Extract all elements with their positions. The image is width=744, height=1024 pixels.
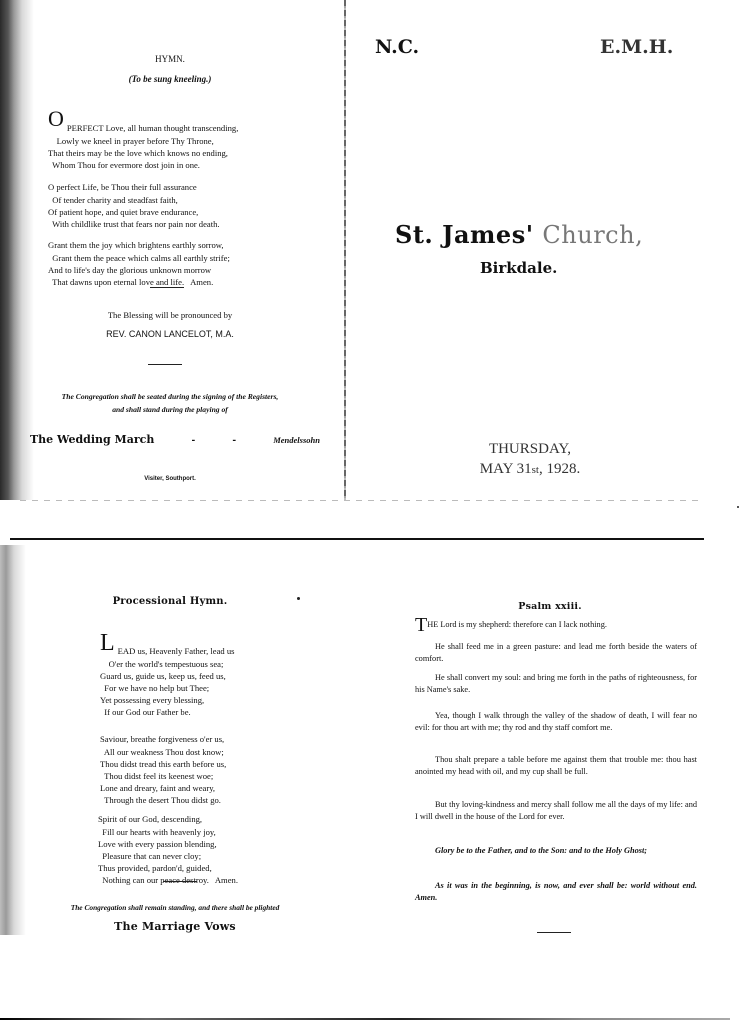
verse-line: O perfect Life, be Thou their full assur… <box>48 181 220 193</box>
composer-name: Mendelssohn <box>273 435 320 445</box>
printer-imprint: Visiter, Southport. <box>120 476 220 482</box>
separator-dash: - <box>232 436 236 446</box>
music-title: The Wedding March <box>30 433 154 446</box>
blessing-line: The Blessing will be pronounced by <box>60 310 280 320</box>
psalm-paragraph: But thy loving-kindness and mercy shall … <box>415 799 697 824</box>
verse-line: Grant them the joy which brightens earth… <box>48 239 230 251</box>
note-line: and shall stand during the playing of <box>20 403 320 416</box>
gloria-line: Glory be to the Father, and to the Son: … <box>415 845 697 857</box>
psalm-verse: He shall feed me in a green pasture: and… <box>415 641 697 666</box>
ink-speck <box>297 597 300 600</box>
verse-line: Thou didst feel its keenest woe; <box>100 770 226 782</box>
date-year: , 1928. <box>539 461 580 477</box>
divider-rule <box>150 287 184 288</box>
verse-line: Thus provided, pardon'd, guided, <box>98 862 238 874</box>
congregation-note: The Congregation shall be seated during … <box>20 390 320 416</box>
sheet-divider <box>10 538 704 540</box>
date-suffix: st <box>532 464 539 476</box>
verse-line: And to life's day the glorious unknown m… <box>48 264 230 276</box>
separator-dash: - <box>191 436 195 446</box>
verse-line: Fill our hearts with heavenly joy, <box>98 826 238 838</box>
church-name-faded: Church, <box>542 221 643 249</box>
verse-line: Spirit of our God, descending, <box>98 813 238 825</box>
page-fold-line <box>344 0 346 500</box>
hymn-subtitle: (To be sung kneeling.) <box>60 74 280 84</box>
verse-line: Grant them the peace which calms all ear… <box>48 252 230 264</box>
date-main: MAY 31 <box>480 461 532 477</box>
verse-line: Guard us, guide us, keep us, feed us, <box>100 670 226 682</box>
ink-speck <box>737 506 739 508</box>
sheet-bottom-edge <box>0 1018 730 1020</box>
hymn-verse: Spirit of our God, descending, Fill our … <box>98 789 238 911</box>
verse-line: Yet possessing every blessing, <box>100 694 226 706</box>
divider-rule <box>537 932 571 933</box>
psalm-verse: Thou shalt prepare a table before me aga… <box>415 754 697 779</box>
psalm-paragraph: He shall convert my soul: and bring me f… <box>415 672 697 697</box>
psalm-verse: But thy loving-kindness and mercy shall … <box>415 799 697 824</box>
church-name: St. James' Church, <box>395 220 725 249</box>
verse-line: All our weakness Thou dost know; <box>100 746 226 758</box>
hymn-title: HYMN. <box>120 54 220 64</box>
verse-line: PERFECT Love, all human thought transcen… <box>48 122 228 134</box>
psalm-verse: He shall convert my soul: and bring me f… <box>415 672 697 697</box>
bride-initials: E.M.H. <box>600 36 673 58</box>
psalm-paragraph: Thou shalt prepare a table before me aga… <box>415 754 697 779</box>
church-location: Birkdale. <box>480 259 557 277</box>
drop-cap: L <box>100 633 115 653</box>
divider-rule <box>148 364 182 365</box>
psalm-opening: HE Lord is my shepherd: therefore can I … <box>427 620 607 629</box>
verse-line: Love with every passion blending, <box>98 838 238 850</box>
verse-line: For we have no help but Thee; <box>100 682 226 694</box>
scan-edge-shadow <box>0 545 30 935</box>
psalm-paragraph: He shall feed me in a green pasture: and… <box>415 641 697 666</box>
psalm-paragraph: Yea, though I walk through the valley of… <box>415 710 697 735</box>
church-name-main: St. James' <box>395 220 534 249</box>
verse-line: That dawns upon eternal love and life. A… <box>48 276 230 288</box>
psalm-title: Psalm xxiii. <box>500 601 600 612</box>
gloria-verse: As it was in the beginning, is now, and … <box>415 880 697 905</box>
wedding-date: MAY 31st, 1928. <box>430 461 630 478</box>
verse-line: Thou didst tread this earth before us, <box>100 758 226 770</box>
gloria-line: As it was in the beginning, is now, and … <box>415 880 697 905</box>
verse-line: Pleasure that can never cloy; <box>98 850 238 862</box>
psalm-verse: THE Lord is my shepherd: therefore can I… <box>415 619 697 631</box>
verse-line: Saviour, breathe forgiveness o'er us, <box>100 733 226 745</box>
psalm-verse: Yea, though I walk through the valley of… <box>415 710 697 735</box>
drop-cap: O <box>48 110 64 128</box>
wedding-day: THURSDAY, <box>430 441 630 458</box>
divider-rule <box>163 881 197 882</box>
music-line: The Wedding March - - Mendelssohn <box>30 433 320 446</box>
verse-line: O'er the world's tempestuous sea; <box>100 658 226 670</box>
verse-line: EAD us, Heavenly Father, lead us <box>100 645 226 657</box>
gloria-verse: Glory be to the Father, and to the Son: … <box>415 845 697 857</box>
page-edge-line <box>20 500 700 501</box>
congregation-note: The Congregation shall remain standing, … <box>20 903 330 912</box>
hymn-verse: Grant them the joy which brightens earth… <box>48 215 230 313</box>
verse-line: Lowly we kneel in prayer before Thy Thro… <box>48 135 228 147</box>
officiant-name: REV. CANON LANCELOT, M.A. <box>60 329 280 339</box>
verse-line: Of tender charity and steadfast faith, <box>48 194 220 206</box>
scan-edge-shadow <box>0 0 40 500</box>
drop-cap: T <box>415 614 427 636</box>
processional-hymn-title: Processional Hymn. <box>100 596 240 607</box>
note-line: The Congregation shall be seated during … <box>20 390 320 403</box>
groom-initials: N.C. <box>375 36 419 58</box>
marriage-vows-title: The Marriage Vows <box>70 920 280 933</box>
